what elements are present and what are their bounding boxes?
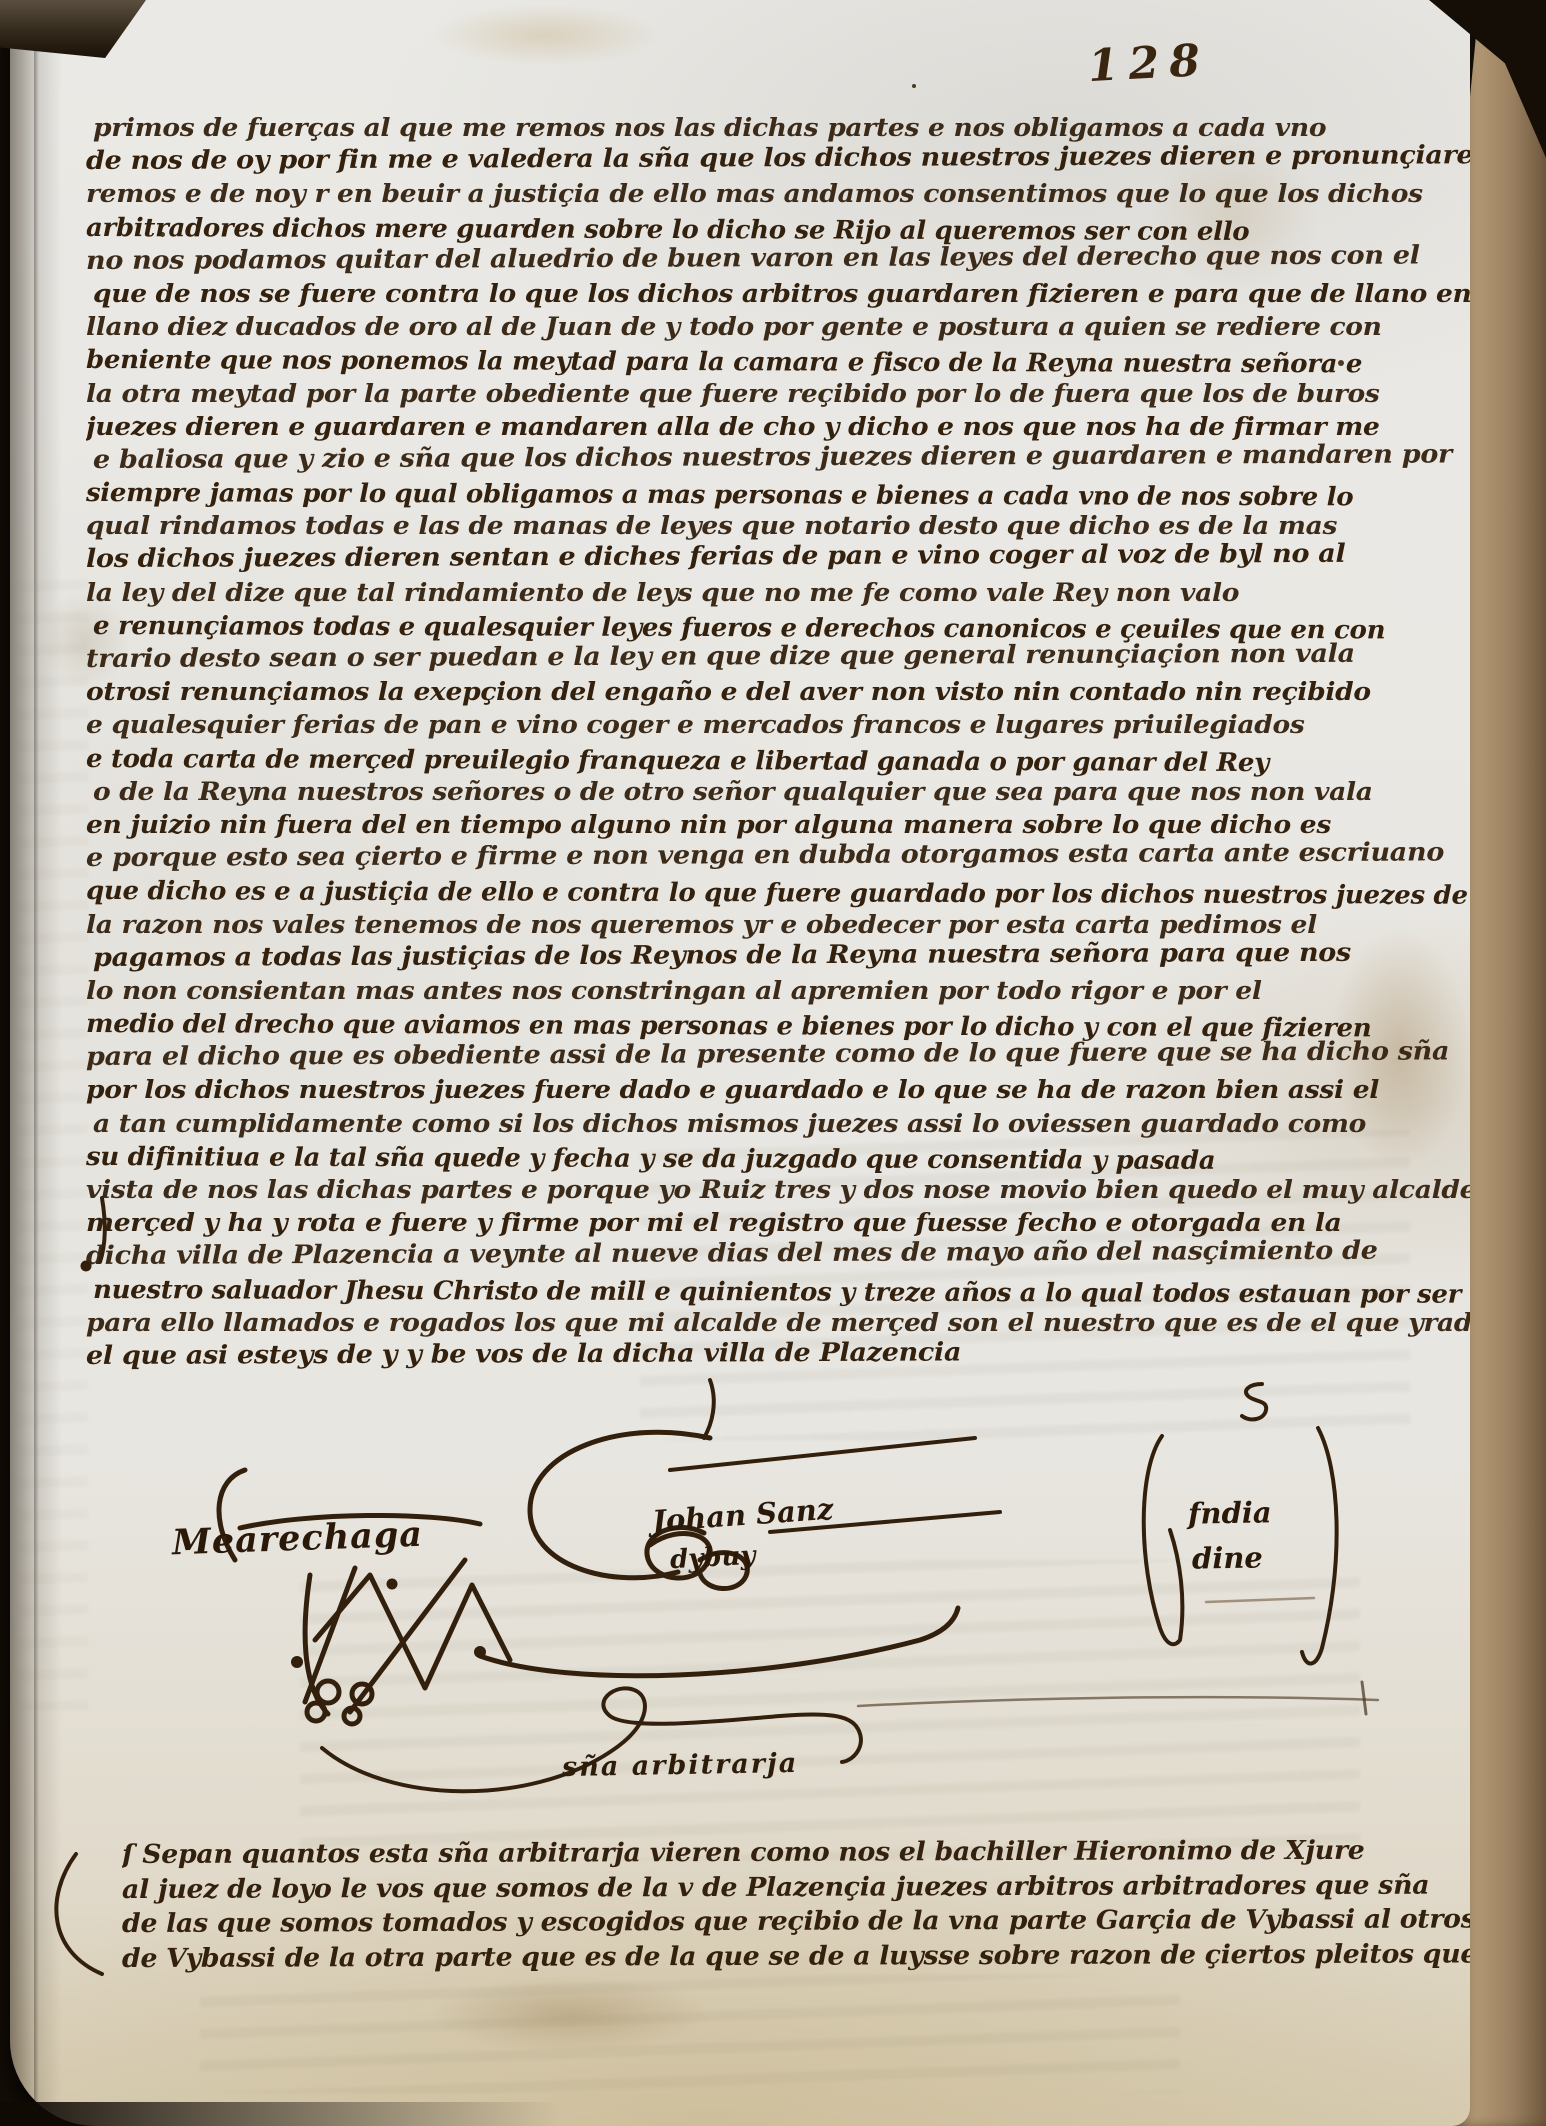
closing-line: ſ Sepan quantos esta sña arbitrarja vier… <box>122 1833 1470 1872</box>
paper-stain <box>430 4 660 66</box>
manuscript-line: pagamos a todas las justiçias de los Rey… <box>93 936 1470 975</box>
signature-johan: Johan Sanz <box>651 1492 834 1539</box>
manuscript-line: dicha villa de Plazencia a veynte al nue… <box>86 1234 1470 1273</box>
manuscript-line: a tan cumplidamente como si los dichos m… <box>93 1108 1470 1141</box>
manuscript-line: de nos de oy por fin me e valedera la sñ… <box>86 139 1470 178</box>
manuscript-line: para el dicho que es obediente assi de l… <box>86 1035 1470 1074</box>
folio-number: 128 <box>1087 35 1211 92</box>
manuscript-line: e baliosa que y zio e sña que los dichos… <box>93 438 1470 477</box>
signature-mearechaga: Mearechaga <box>171 1514 423 1564</box>
paper-stain <box>430 1975 710 2053</box>
manuscript-line: trario desto sean o ser puedan e la ley … <box>86 637 1470 676</box>
closing-line: al juez de loyo le vos que somos de la v… <box>122 1868 1470 1907</box>
ink-speck <box>912 84 916 88</box>
ink-showthrough <box>300 1560 1360 1860</box>
manuscript-line: no nos podamos quitar del aluedrio de bu… <box>86 239 1470 278</box>
manuscript-line: o de la Reyna nuestros señores o de otro… <box>93 776 1470 809</box>
signature-right-line2: dine <box>1192 1540 1263 1575</box>
closing-paragraph: ſ Sepan quantos esta sña arbitrarja vier… <box>98 1838 1458 1976</box>
manuscript-body: primos de fuerças al que me remos nos la… <box>86 112 1442 1373</box>
manuscript-line: otrosi renunçiamos la exepçion del engañ… <box>86 676 1470 709</box>
sentencia-arbitraria-label: sña arbitrarja <box>562 1748 799 1783</box>
manuscript-line: que de nos se fuere contra lo que los di… <box>93 278 1470 311</box>
ink-showthrough <box>18 560 88 1710</box>
manuscript-page: 128 primos de fuerças al que me remos no… <box>10 0 1470 2126</box>
manuscript-line: la ley del dize que tal rindamiento de l… <box>86 577 1470 610</box>
dark-bottom-edge <box>0 2102 560 2126</box>
manuscript-line: vista de nos las dichas partes e porque … <box>86 1174 1470 1207</box>
signature-johan-second-line: dybuy <box>669 1541 756 1575</box>
manuscript-line: la otra meytad por la parte obediente qu… <box>86 378 1470 411</box>
manuscript-line: e qualesquier ferias de pan e vino coger… <box>86 709 1470 742</box>
manuscript-line: remos e de noy r en beuir a justiçia de … <box>86 178 1470 211</box>
closing-line: de las que somos tomados y escogidos que… <box>122 1902 1470 1941</box>
manuscript-line: los dichos juezes dieren sentan e diches… <box>86 538 1470 577</box>
manuscript-photo: 128 primos de fuerças al que me remos no… <box>0 0 1546 2126</box>
manuscript-line: lo non consientan mas antes nos constrin… <box>86 975 1470 1008</box>
signature-right-line1: fndia <box>1188 1495 1272 1530</box>
closing-line: de Vybassi de la otra parte que es de la… <box>122 1937 1470 1976</box>
manuscript-line: llano diez ducados de oro al de Juan de … <box>86 311 1470 344</box>
manuscript-line: por los dichos nuestros juezes fuere dad… <box>86 1074 1470 1107</box>
manuscript-line: e porque esto sea çierto e firme e non v… <box>86 836 1470 875</box>
manuscript-line: el que asi esteys de y y be vos de la di… <box>86 1334 1470 1373</box>
